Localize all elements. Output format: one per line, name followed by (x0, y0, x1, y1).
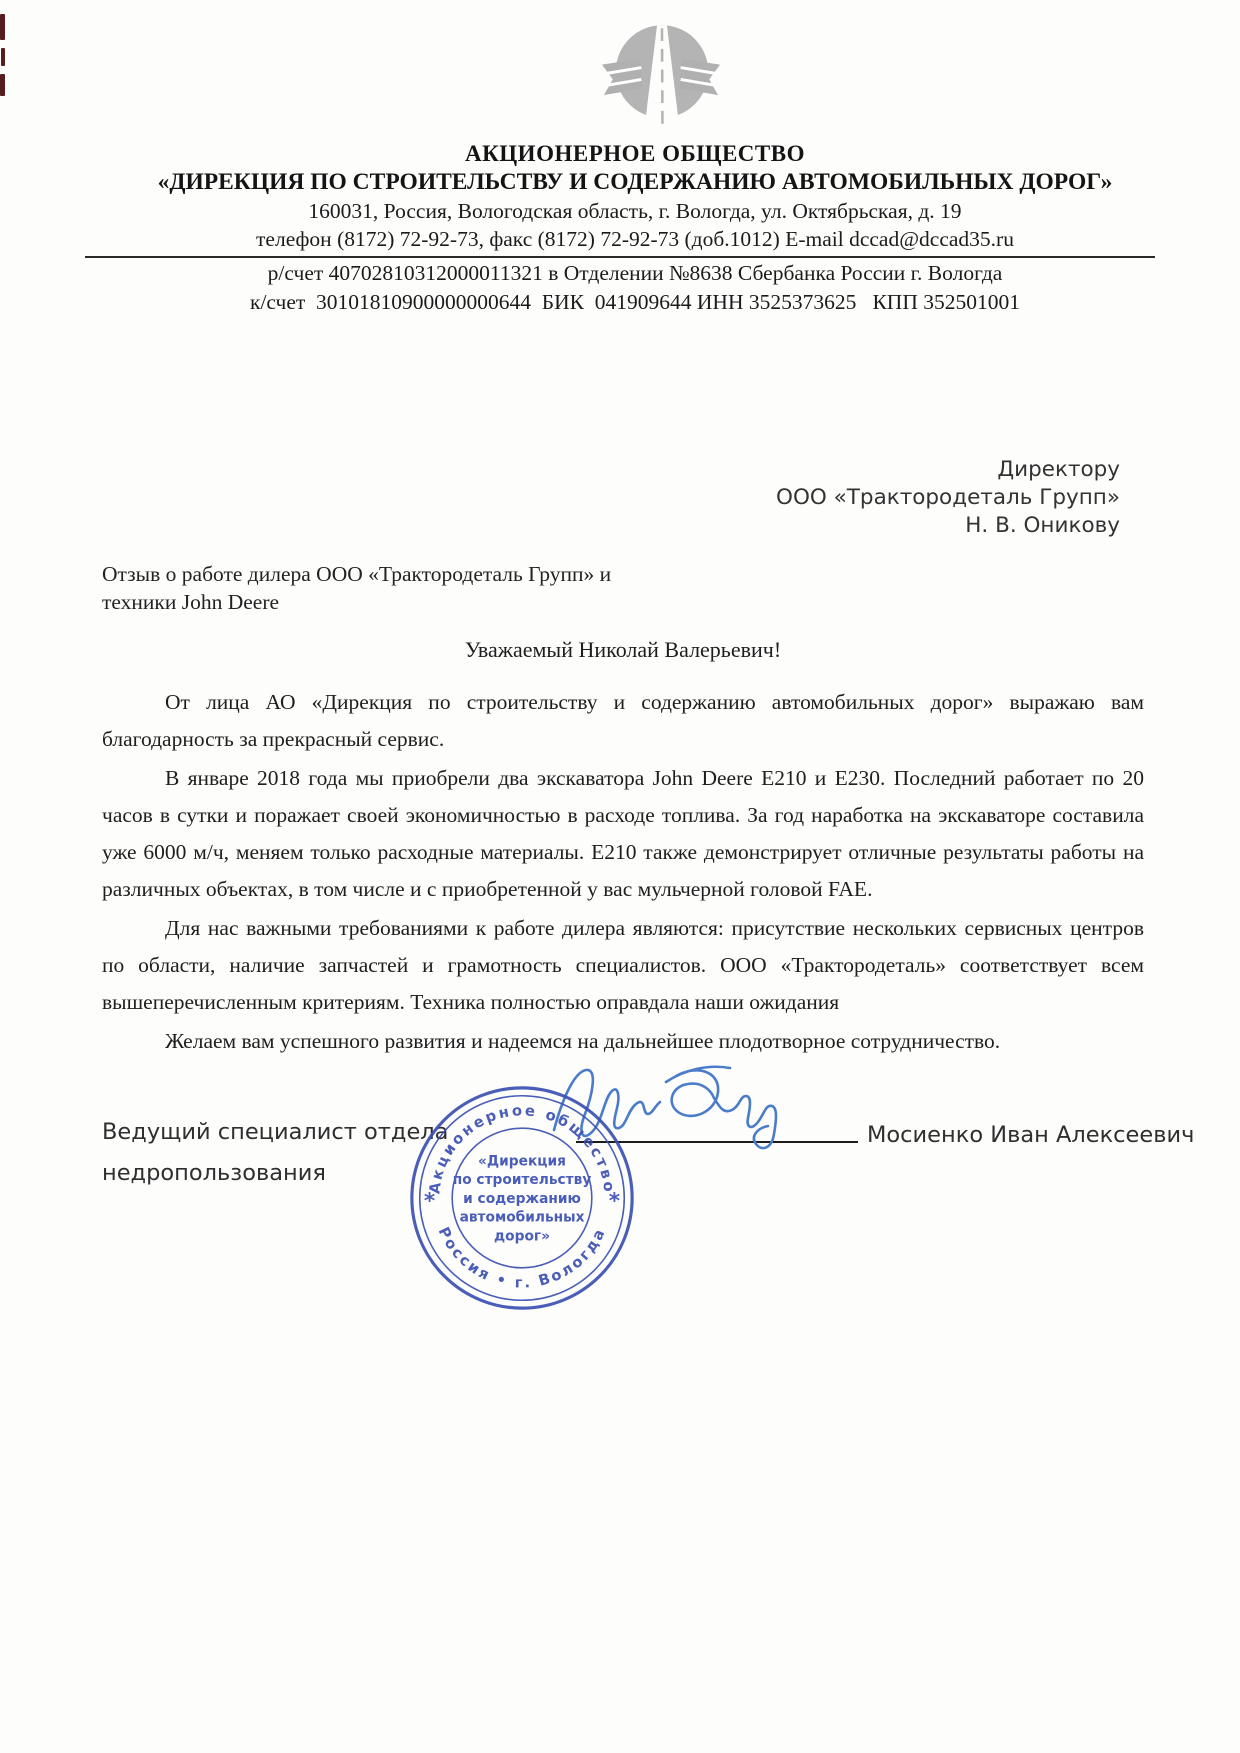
stamp-center-text: «Дирекция по строительству и содержанию … (453, 1154, 592, 1245)
correspondent-account-line: к/счет 30101810900000000644 БИК 04190964… (40, 288, 1230, 317)
body-paragraph-4: Желаем вам успешного развития и надеемся… (102, 1023, 1144, 1060)
scan-artifact (1, 48, 5, 66)
stamp-center-line-3: и содержанию (463, 1191, 581, 1207)
body-paragraph-2: В январе 2018 года мы приобрели два экск… (102, 760, 1144, 908)
scan-artifact (0, 74, 5, 96)
settlement-account-line: р/счет 40702810312000011321 в Отделении … (40, 259, 1230, 288)
org-contacts: телефон (8172) 72-92-73, факс (8172) 72-… (40, 225, 1230, 253)
stamp-center-line-5: дорог» (494, 1228, 550, 1244)
scan-artifact (0, 14, 5, 40)
stamp-center-line-1: «Дирекция (478, 1154, 566, 1170)
signoff-position-line-2: недропользования (102, 1153, 448, 1194)
signoff-position-line-1: Ведущий специалист отдела (102, 1112, 448, 1153)
subject-line-1: Отзыв о работе дилера ООО «Трактородетал… (102, 560, 611, 588)
recipient-name: Н. В. Оникову (776, 512, 1120, 540)
company-stamp: Акционерное общество Россия • г. Вологда… (404, 1080, 640, 1316)
salutation: Уважаемый Николай Валерьевич! (102, 637, 1144, 663)
letter-body: От лица АО «Дирекция по строительству и … (102, 684, 1144, 1062)
body-paragraph-3: Для нас важными требованиями к работе ди… (102, 910, 1144, 1021)
recipient-block: Директору ООО «Трактородеталь Групп» Н. … (776, 456, 1120, 540)
stamp-star-left: * (424, 1189, 435, 1214)
header-divider (85, 256, 1155, 258)
stamp-center-line-2: по строительству (453, 1172, 592, 1188)
org-address: 160031, Россия, Вологодская область, г. … (40, 197, 1230, 225)
signoff-position: Ведущий специалист отдела недропользован… (102, 1112, 448, 1194)
scanned-letter-page: { "document": { "header": { "logo": "roa… (0, 0, 1240, 1753)
road-emblem-logo (597, 18, 725, 130)
stamp-center-line-4: автомобильных (460, 1210, 585, 1226)
recipient-company: ООО «Трактородеталь Групп» (776, 484, 1120, 512)
org-type: АКЦИОНЕРНОЕ ОБЩЕСТВО (40, 140, 1230, 168)
bank-details: р/счет 40702810312000011321 в Отделении … (40, 259, 1230, 317)
body-paragraph-1: От лица АО «Дирекция по строительству и … (102, 684, 1144, 758)
signee-name: Мосиенко Иван Алексеевич (867, 1122, 1194, 1148)
subject-block: Отзыв о работе дилера ООО «Трактородетал… (102, 560, 611, 616)
recipient-title: Директору (776, 456, 1120, 484)
stamp-star-right: * (609, 1189, 620, 1214)
org-name: «ДИРЕКЦИЯ ПО СТРОИТЕЛЬСТВУ И СОДЕРЖАНИЮ … (40, 168, 1230, 197)
subject-line-2: техники John Deere (102, 588, 611, 616)
letterhead: АКЦИОНЕРНОЕ ОБЩЕСТВО «ДИРЕКЦИЯ ПО СТРОИТ… (40, 140, 1230, 253)
